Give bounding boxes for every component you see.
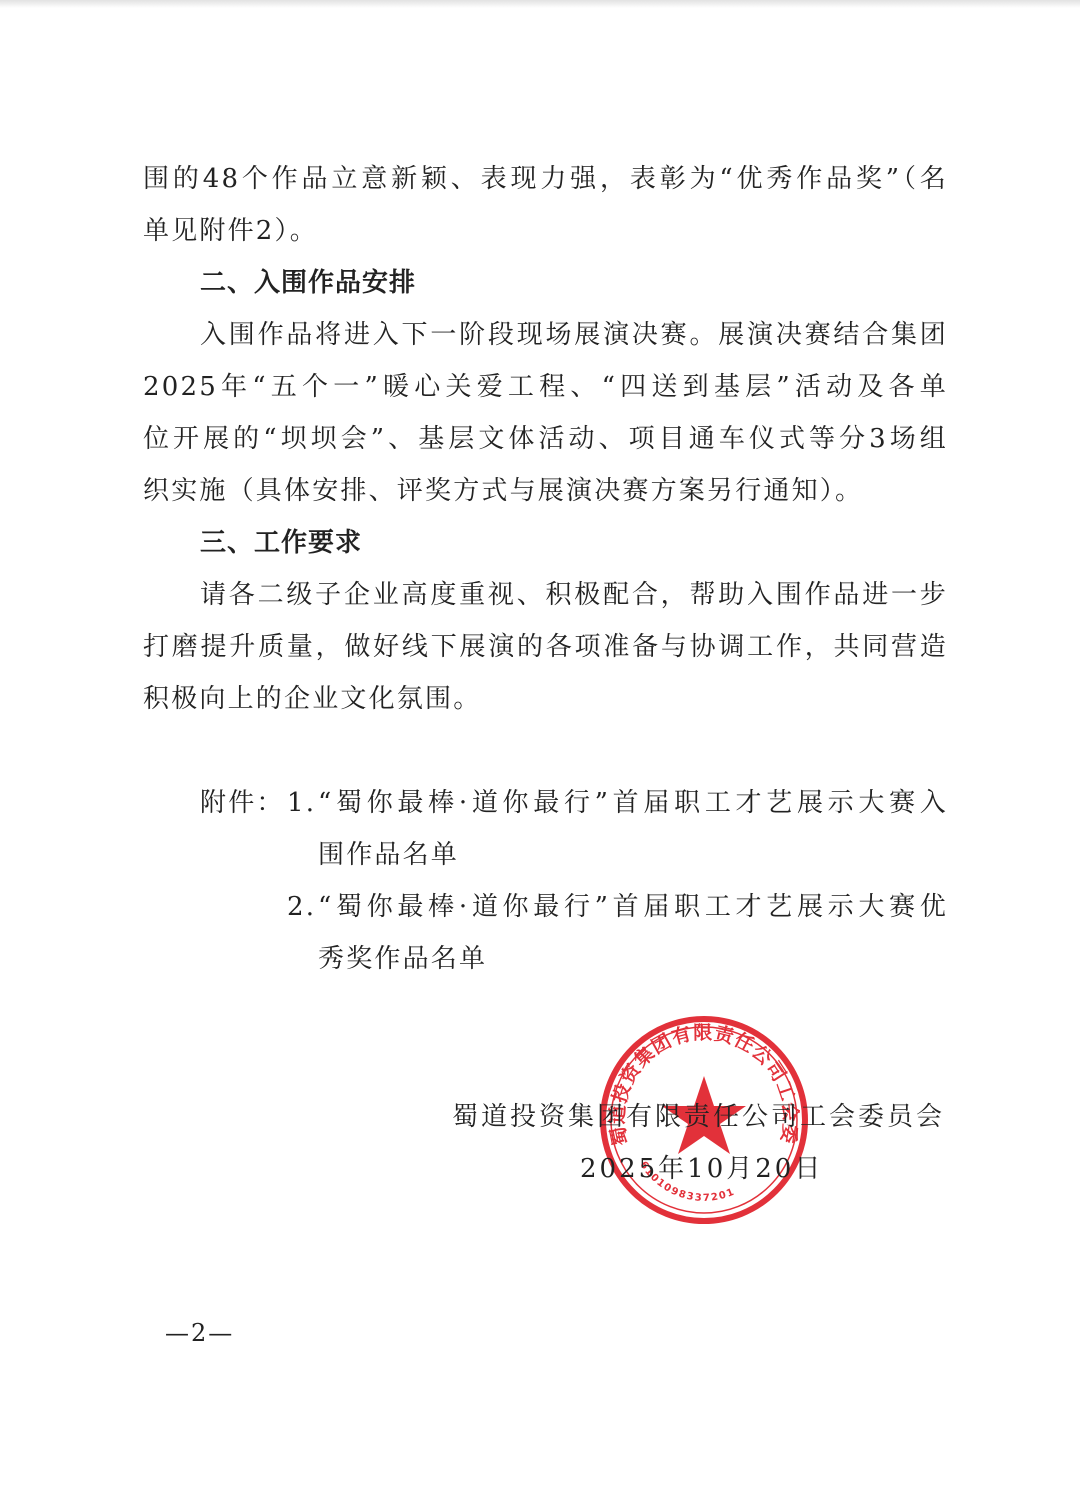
attachment-number: 1. bbox=[287, 786, 317, 820]
attachment-item-2-cont: 秀奖作品名单 bbox=[318, 942, 948, 976]
attachment-item-1: “蜀你最棒·道你最行”首届职工才艺展示大赛入 bbox=[318, 786, 948, 820]
signing-date: 2025年10月20日 bbox=[580, 1152, 823, 1186]
page-number: —2— bbox=[165, 1318, 234, 1348]
body-text-line: 打磨提升质量，做好线下展演的各项准备与协调工作，共同营造 bbox=[143, 630, 948, 664]
body-text-line: 入围作品将进入下一阶段现场展演决赛。展演决赛结合集团 bbox=[200, 318, 948, 352]
attachment-item-2: “蜀你最棒·道你最行”首届职工才艺展示大赛优 bbox=[318, 890, 948, 924]
body-text-line: 织实施（具体安排、评奖方式与展演决赛方案另行通知）。 bbox=[143, 474, 948, 508]
body-text-line: 围的48个作品立意新颖、表现力强，表彰为“优秀作品奖”（名 bbox=[143, 162, 948, 196]
body-text-line: 2025年“五个一”暖心关爱工程、“四送到基层”活动及各单 bbox=[143, 370, 948, 404]
attachments-label: 附件： bbox=[200, 786, 290, 820]
body-text-line: 位开展的“坝坝会”、基层文体活动、项目通车仪式等分3场组 bbox=[143, 422, 948, 456]
attachment-item-1-cont: 围作品名单 bbox=[318, 838, 948, 872]
attachment-number: 2. bbox=[287, 890, 317, 924]
signing-organization: 蜀道投资集团有限责任公司工会委员会 bbox=[452, 1100, 945, 1134]
body-text-line: 单见附件2）。 bbox=[143, 214, 948, 248]
body-text-line: 请各二级子企业高度重视、积极配合，帮助入围作品进一步 bbox=[200, 578, 948, 612]
section-heading-3: 三、工作要求 bbox=[200, 526, 948, 560]
section-heading-2: 二、入围作品安排 bbox=[200, 266, 948, 300]
top-edge-shadow bbox=[0, 0, 1080, 8]
body-text-line: 积极向上的企业文化氛围。 bbox=[143, 682, 948, 716]
